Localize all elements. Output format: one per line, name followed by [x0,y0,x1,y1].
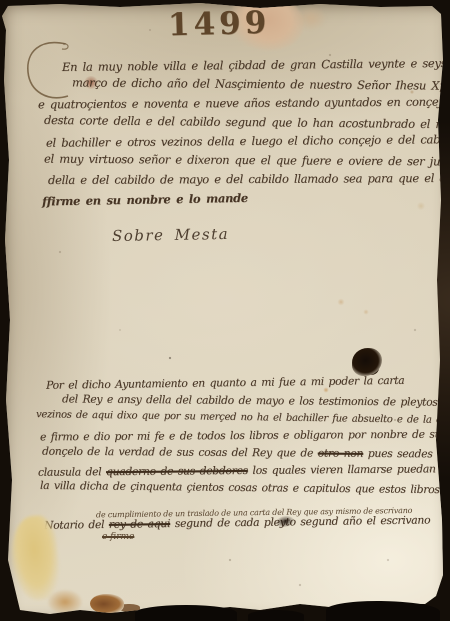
line-text: pues seades presonas [363,447,450,461]
struck-text: rey de aqui [109,517,170,531]
bottom-edge-shadow [248,610,304,621]
line-text: el muy virtuoso señor e dixeron que el q… [44,152,450,169]
stain-top-pink-small [296,6,326,30]
stain-bottom-brown [90,594,124,614]
line-text: della e del cabildo de mayo e del cabild… [48,171,450,187]
text-block-upper: En la muy noble villa e leal çibdad de g… [44,56,442,208]
line-text: Notario del [44,518,109,532]
manuscript-page: 1499 En la muy noble villa e leal çibdad… [0,0,450,621]
line-text: desta corte della e del cabildo segund q… [44,113,450,132]
line-text: e firmo e dio por mi fe e de todos los l… [40,427,450,443]
line-text: donçelo de la verdad de sus cosas del Re… [42,445,318,460]
bottom-edge-shadow [135,605,237,621]
line-text: vezinos de aqui dixo que por su merçed n… [36,409,450,427]
line-text: En la muy noble villa e leal çibdad de g… [62,56,450,74]
manuscript-line: el muy virtuoso señor e dixeron que el q… [44,150,442,172]
struck-word-below: e firme [102,532,134,542]
photograph-background: 1499 En la muy noble villa e leal çibdad… [0,0,450,621]
year-heading: 1499 [168,5,279,44]
line-text: Por el dicho Ayuntamiento en quanto a mi… [46,374,405,392]
archivist-annotation: Sobre Mesta [112,225,229,245]
line-text: del Rey e ansy della del cabildo de mayo… [62,392,450,408]
line-text: e quatroçientos e noventa e nueve años e… [38,94,450,111]
line-text: março de dicho año del Nasçimiento de nu… [72,75,450,93]
line-text: los quales vieren llamarse puedan en [248,462,450,477]
line-text: ffirme en su nonbre e lo mande [42,191,248,209]
struck-text: otro non [318,447,364,460]
line-text: la villa dicha de çinquenta çientos cosa… [40,479,450,496]
bottom-edge-shadow [326,601,440,621]
struck-text: quaderno de sus debdores [106,463,248,477]
stain-bottom-tan [48,590,82,614]
line-text: el bachiller e otros vezinos della e lue… [46,132,450,150]
